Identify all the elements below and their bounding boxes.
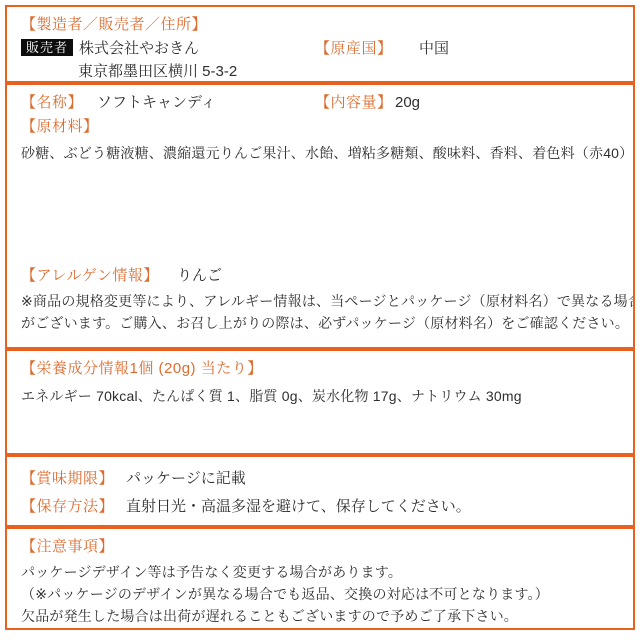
section-maker-seller: 【製造者／販売者／住所】 販売者株式会社やおきん 【原産国】 中国 東京都墨田区… (5, 5, 635, 83)
product-info-panel: 【製造者／販売者／住所】 販売者株式会社やおきん 【原産国】 中国 東京都墨田区… (0, 0, 640, 640)
origin-value: 中国 (419, 37, 449, 61)
storage-label: 【保存方法】 (21, 498, 114, 515)
seller-address: 東京都墨田区横川 5-3-2 (78, 61, 619, 82)
expiry-value: パッケージに記載 (126, 470, 246, 487)
allergen-note-line2: がございます。ご購入、お召し上がりの際は、必ずパッケージ（原材料名）をご確認くだ… (21, 312, 619, 334)
expiry-row: 【賞味期限】パッケージに記載 (21, 465, 619, 493)
amount-label: 【内容量】 (315, 91, 393, 115)
section-nutrition: 【栄養成分情報1個 (20g) 当たり】 エネルギー 70kcal、たんぱく質 … (5, 349, 635, 455)
origin-label: 【原産国】 (315, 37, 393, 61)
allergen-label: 【アレルゲン情報】 (21, 267, 159, 284)
storage-value: 直射日光・高温多湿を避けて、保存してください。 (126, 498, 471, 515)
allergen-note-line1: ※商品の規格変更等により、アレルギー情報は、当ページとパッケージ（原材料名）で異… (21, 290, 619, 312)
allergen-row: 【アレルゲン情報】りんご (21, 264, 619, 288)
nutrition-section-title: 【栄養成分情報1個 (20g) 当たり】 (21, 357, 619, 381)
seller-name: 株式会社やおきん (79, 40, 199, 57)
allergen-note: ※商品の規格変更等により、アレルギー情報は、当ページとパッケージ（原材料名）で異… (21, 290, 619, 334)
section-notes: 【注意事項】 パッケージデザイン等は予告なく変更する場合があります。 （※パッケ… (5, 527, 635, 630)
name-label: 【名称】 (21, 94, 83, 111)
section-expiry-storage: 【賞味期限】パッケージに記載 【保存方法】直射日光・高温多湿を避けて、保存してく… (5, 455, 635, 527)
notes-line3: 欠品が発生した場合は出荷が遅れることもございますので予めご了承下さい。 (21, 605, 619, 627)
notes-line2: （※パッケージのデザインが異なる場合でも返品、交換の対応は不可となります。） (21, 583, 619, 605)
name-value: ソフトキャンディ (97, 94, 216, 111)
maker-section-title: 【製造者／販売者／住所】 (21, 13, 619, 37)
name-amount-row: 【名称】ソフトキャンディ 【内容量】 20g (21, 91, 619, 115)
seller-row: 販売者株式会社やおきん 【原産国】 中国 (21, 37, 619, 61)
notes-line1: パッケージデザイン等は予告なく変更する場合があります。 (21, 561, 619, 583)
storage-row: 【保存方法】直射日光・高温多湿を避けて、保存してください。 (21, 493, 619, 521)
amount-value: 20g (395, 91, 420, 115)
notes-section-title: 【注意事項】 (21, 535, 619, 559)
ingredients-label: 【原材料】 (21, 115, 619, 139)
expiry-label: 【賞味期限】 (21, 470, 114, 487)
section-product-details: 【名称】ソフトキャンディ 【内容量】 20g 【原材料】 砂糖、ぶどう糖液糖、濃… (5, 83, 635, 349)
notes-body: パッケージデザイン等は予告なく変更する場合があります。 （※パッケージのデザイン… (21, 561, 619, 627)
allergen-value: りんご (177, 267, 222, 284)
seller-badge: 販売者 (21, 39, 73, 56)
nutrition-value: エネルギー 70kcal、たんぱく質 1、脂質 0g、炭水化物 17g、ナトリウ… (21, 385, 619, 407)
ingredients-value: 砂糖、ぶどう糖液糖、濃縮還元りんご果汁、水飴、増粘多糖類、酸味料、香料、着色料（… (21, 142, 619, 164)
